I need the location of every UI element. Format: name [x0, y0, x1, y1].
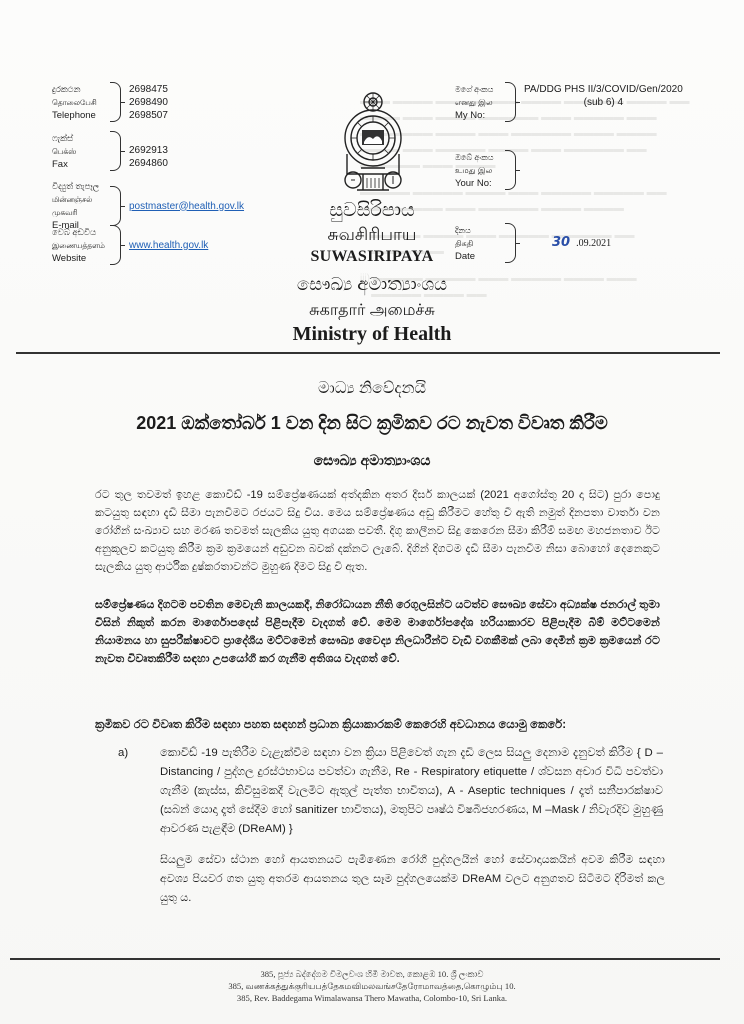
- list-marker: a): [118, 744, 148, 763]
- ministry-name-sinhala: සෞඛ්‍ය අමාත්‍යාංශය: [0, 274, 744, 295]
- masthead-name-tamil: சுவசிரிபாய: [0, 225, 744, 247]
- footer-address: 385, පූජ්‍ය බද්දේගම විමලවංශ හිමි මාවත, ක…: [0, 968, 744, 1004]
- masthead-name-sinhala: සුවසිරිපාය: [0, 200, 744, 222]
- document-issuer: සෞඛ්‍ය අමාත්‍යාංශය: [0, 452, 744, 469]
- list-item: a) කොවිඩ් -19 පැතිරීම වැළැක්වීම සඳහා වන …: [118, 744, 663, 839]
- document-title: 2021 ඔක්තෝබර් 1 වන දින සිට ක්‍රමිකව රට න…: [0, 413, 744, 434]
- footer-divider: [10, 958, 720, 960]
- my-number-value: PA/DDG PHS II/3/COVID/Gen/2020: [524, 83, 683, 96]
- my-number-block: මගේ අංකය எனது இல My No: PA/DDG PHS II/3/…: [455, 82, 683, 122]
- list-intro: ක්‍රමිකව රට විවෘත කිරීම සඳහා පහත සඳහන් ප…: [95, 716, 660, 734]
- paragraph-2: සම්ප්‍රේෂණය දිගටම පවතින මෙවැනි කාලයකදී, …: [95, 596, 660, 668]
- fax-block: ෆැක්ස් பெக்ஸ் Fax 2692913 2694860: [52, 131, 168, 171]
- brace: [505, 150, 516, 190]
- address-sinhala: 385, පූජ්‍ය බද්දේගම විමලවංශ හිමි මාවත, ක…: [0, 968, 744, 980]
- paragraph-3: සියලුම සේවා ස්ථාන හෝ ආයතනයට පැමිණෙන රෝගී…: [160, 851, 665, 908]
- paragraph-1: රට තුල තවමත් ඉහළ කොවිඩ් -19 සම්ප්‍රේෂණයක…: [95, 486, 660, 576]
- my-number-sub: (sub 6) 4: [524, 96, 683, 109]
- document-type: මාධ්‍ය නිවේදනයි: [0, 380, 744, 398]
- masthead-name-english: SUWASIRIPAYA: [0, 248, 744, 266]
- brace: [110, 82, 121, 122]
- letter-page: ▬▬▬ ▬▬▬▬ ▬▬▬▬▬ ▬▬▬ ▬▬▬▬ ▬▬▬▬▬▬ ▬▬▬▬ ▬▬ ▬…: [0, 0, 744, 1024]
- sri-lanka-emblem-icon: [331, 90, 415, 200]
- your-number-block: ඔබේ අංකය உமது இல Your No:: [455, 150, 524, 190]
- ministry-name-tamil: சுகாதார் அமைச்சு: [0, 301, 744, 321]
- header-divider: [16, 352, 720, 354]
- address-english: 385, Rev. Baddegama Wimalawansa Thero Ma…: [0, 992, 744, 1004]
- telephone-block: දුරකථන தொலைபேசி Telephone 2698475 269849…: [52, 82, 168, 122]
- address-tamil: 385, வணக்கத்துக்குரியபத்தேகமவிமலவங்சதேரோ…: [0, 980, 744, 992]
- list-item-text: කොවිඩ් -19 පැතිරීම වැළැක්වීම සඳහා වන ක්‍…: [160, 744, 663, 839]
- brace: [110, 131, 121, 171]
- ministry-name-english: Ministry of Health: [0, 323, 744, 346]
- brace: [505, 82, 516, 122]
